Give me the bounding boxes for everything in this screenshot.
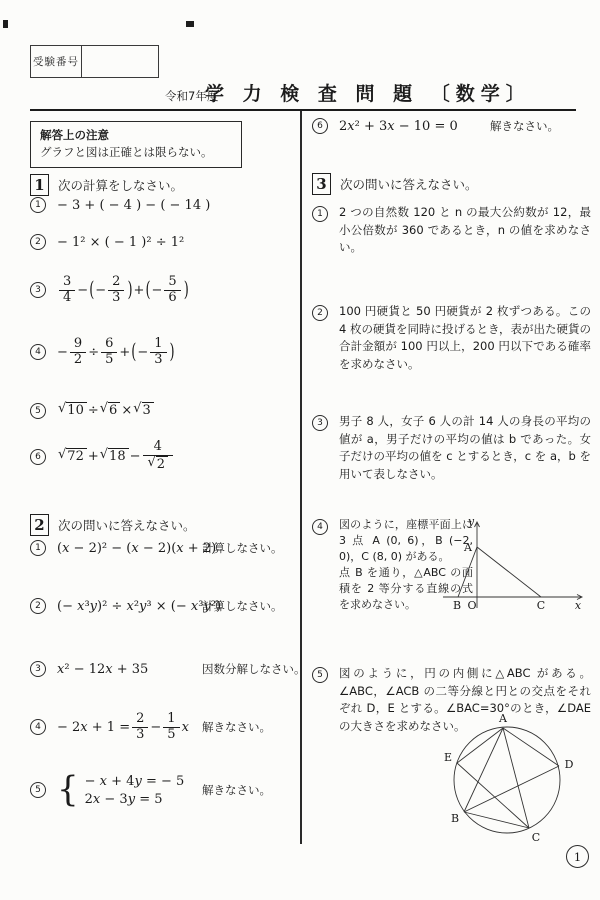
section-2-header: 2 次の問いに答えなさい。	[30, 514, 196, 536]
item-number-badge: 6	[30, 449, 46, 465]
math-expression: (x − 2)² − (x − 2)(x + 2)	[57, 541, 216, 556]
item-number-badge: 2	[312, 305, 328, 321]
exam-page: 受験番号 令和7年度 学 力 検 査 問 題 〔数学〕 解答上の注意 グラフと図…	[0, 0, 600, 900]
item-number-badge: 5	[312, 667, 328, 683]
problem-item: 2 − 1² × ( − 1 )² ÷ 1²	[30, 234, 184, 250]
problem-item: 6 2x² + 3x − 10 = 0 解きなさい。	[312, 118, 585, 134]
exam-number-box: 受験番号	[30, 45, 159, 78]
svg-text:y: y	[467, 515, 475, 528]
section-1-number: 1	[30, 174, 49, 196]
problem-item: 6 √72 + √18 − 4√2	[30, 440, 175, 473]
page-number-value: 1	[574, 850, 581, 864]
problem-item: 5 {− x + 4y = − 52x − 3y = 5 解きなさい。	[30, 770, 295, 810]
svg-text:x: x	[575, 599, 582, 612]
section-3-heading: 次の問いに答えなさい。	[340, 175, 478, 193]
problem-item: 1 (x − 2)² − (x − 2)(x + 2) 計算しなさい。	[30, 540, 295, 556]
svg-text:C: C	[537, 599, 545, 612]
section-3-header: 3 次の問いに答えなさい。	[312, 173, 478, 195]
item-instruction: 因数分解しなさい。	[202, 661, 306, 677]
exam-number-field[interactable]	[82, 46, 158, 77]
item-number-badge: 1	[30, 540, 46, 556]
item-number-badge: 4	[30, 719, 46, 735]
section-3-number: 3	[312, 173, 331, 195]
item-number-badge: 2	[30, 234, 46, 250]
svg-text:O: O	[467, 599, 476, 612]
item-number-badge: 5	[30, 782, 46, 798]
math-expression: − 1² × ( − 1 )² ÷ 1²	[57, 235, 184, 250]
item-number-badge: 3	[30, 282, 46, 298]
problem-text: 2 つの自然数 120 と n の最大公約数が 12，最小公倍数が 360 であ…	[339, 204, 591, 257]
svg-text:B: B	[451, 812, 459, 825]
problem-item: 4 − 92 ÷ 65 + (− 13)	[30, 337, 176, 368]
svg-text:D: D	[565, 758, 574, 771]
section-1-header: 1 次の計算をしなさい。	[30, 174, 183, 196]
problem-item: 2 100 円硬貨と 50 円硬貨が 2 枚ずつある。この 4 枚の硬貨を同時に…	[312, 303, 591, 373]
item-number-badge: 3	[312, 415, 328, 431]
svg-text:A: A	[498, 712, 508, 725]
column-divider	[300, 111, 302, 844]
notice-body: グラフと図は正確とは限らない。	[40, 144, 232, 161]
problem-item: 3 男子 8 人，女子 6 人の計 14 人の身長の平均の値が a，男子だけの平…	[312, 413, 591, 483]
item-number-badge: 1	[312, 206, 328, 222]
circle-figure: AEDBC	[440, 708, 588, 854]
section-2-heading: 次の問いに答えなさい。	[58, 516, 196, 534]
math-expression: {− x + 4y = − 52x − 3y = 5	[57, 770, 184, 810]
math-expression: − 2x + 1 = 23 − 15x	[57, 712, 189, 743]
coordinate-plane-figure: yABOCx	[435, 513, 585, 619]
math-expression: √72 + √18 − 4√2	[57, 440, 175, 473]
page-title: 学 力 検 査 問 題 〔数学〕	[205, 79, 531, 106]
svg-text:E: E	[444, 751, 452, 764]
svg-text:B: B	[453, 599, 461, 612]
header-rule	[30, 109, 576, 111]
math-expression: x² − 12x + 35	[57, 662, 148, 677]
problem-item: 1 − 3 + ( − 4 ) − ( − 14 )	[30, 197, 210, 213]
math-expression: (− x³y)² ÷ x²y³ × (− x³y²)	[57, 599, 221, 614]
problem-item: 3 x² − 12x + 35 因数分解しなさい。	[30, 661, 295, 677]
notice-title: 解答上の注意	[40, 127, 232, 144]
item-number-badge: 2	[30, 598, 46, 614]
svg-text:A: A	[463, 541, 473, 554]
section-1-heading: 次の計算をしなさい。	[58, 176, 183, 194]
problem-item: 4 − 2x + 1 = 23 − 15x 解きなさい。	[30, 712, 295, 743]
problem-item: 5 √10 ÷ √6 × √3	[30, 402, 155, 419]
item-instruction: 解きなさい。	[490, 118, 559, 134]
section-2-number: 2	[30, 514, 49, 536]
problem-item: 1 2 つの自然数 120 と n の最大公約数が 12，最小公倍数が 360 …	[312, 204, 591, 257]
problem-item: 2 (− x³y)² ÷ x²y³ × (− x³y²) 計算しなさい。	[30, 598, 295, 614]
item-number-badge: 1	[30, 197, 46, 213]
math-expression: − 3 + ( − 4 ) − ( − 14 )	[57, 198, 210, 213]
item-number-badge: 4	[30, 344, 46, 360]
problem-item: 3 34 − (− 23) + (− 56)	[30, 275, 190, 306]
notice-box: 解答上の注意 グラフと図は正確とは限らない。	[30, 121, 242, 168]
item-instruction: 解きなさい。	[202, 719, 271, 735]
item-number-badge: 6	[312, 118, 328, 134]
exam-number-label: 受験番号	[31, 46, 82, 77]
scan-artifact	[186, 21, 194, 27]
math-expression: √10 ÷ √6 × √3	[57, 402, 155, 419]
math-expression: − 92 ÷ 65 + (− 13)	[57, 337, 176, 368]
svg-text:C: C	[532, 831, 540, 844]
problem-text: 100 円硬貨と 50 円硬貨が 2 枚ずつある。この 4 枚の硬貨を同時に投げ…	[339, 303, 591, 373]
item-number-badge: 4	[312, 519, 328, 535]
math-expression: 34 − (− 23) + (− 56)	[57, 275, 190, 306]
item-instruction: 解きなさい。	[202, 782, 271, 798]
scan-artifact	[3, 20, 8, 28]
item-instruction: 計算しなさい。	[202, 598, 283, 614]
page-number: 1	[566, 845, 589, 868]
item-number-badge: 5	[30, 403, 46, 419]
item-instruction: 計算しなさい。	[202, 540, 283, 556]
problem-text: 男子 8 人，女子 6 人の計 14 人の身長の平均の値が a，男子だけの平均の…	[339, 413, 591, 483]
math-expression: 2x² + 3x − 10 = 0	[339, 119, 458, 134]
item-number-badge: 3	[30, 661, 46, 677]
